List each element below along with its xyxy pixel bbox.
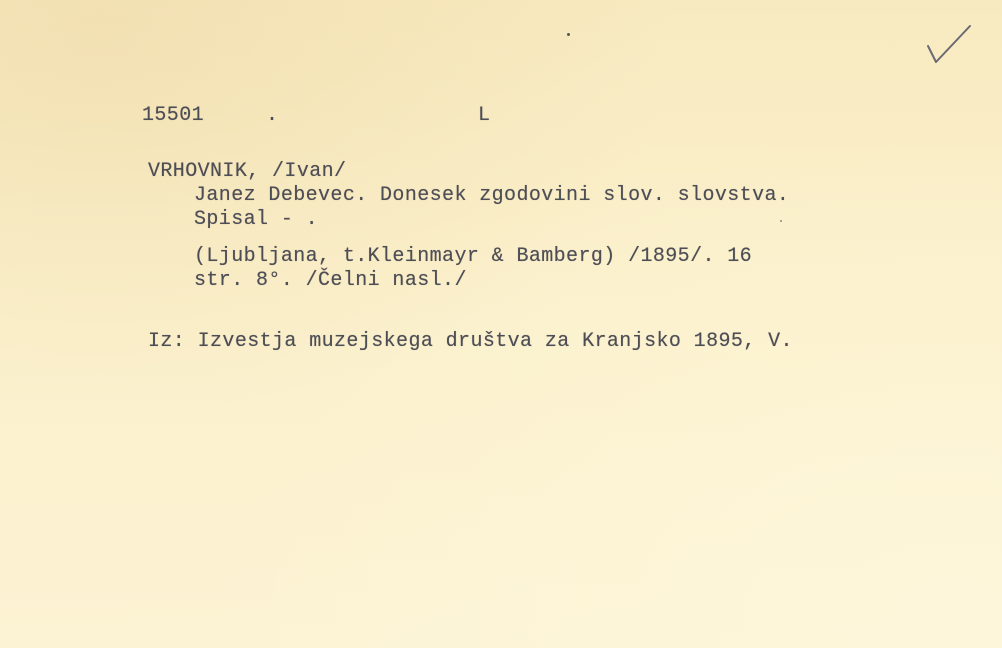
title-continuation: Spisal - . xyxy=(194,208,318,231)
imprint-line-1: (Ljubljana, t.Kleinmayr & Bamberg) /1895… xyxy=(194,245,752,268)
catalog-card: 15501 . L VRHOVNIK, /Ivan/ Janez Debevec… xyxy=(0,0,1002,648)
checkmark-icon xyxy=(924,22,974,68)
paper-speck xyxy=(780,220,782,222)
paper-speck xyxy=(567,33,570,36)
location-letter: L xyxy=(478,104,490,127)
imprint-line-2: str. 8°. /Čelni nasl./ xyxy=(194,269,467,292)
author-heading: VRHOVNIK, /Ivan/ xyxy=(148,160,346,183)
dot-mark: . xyxy=(266,104,278,127)
source-note: Iz: Izvestja muzejskega društva za Kranj… xyxy=(148,330,793,353)
call-number: 15501 xyxy=(142,104,204,127)
title-line: Janez Debevec. Donesek zgodovini slov. s… xyxy=(194,184,789,207)
